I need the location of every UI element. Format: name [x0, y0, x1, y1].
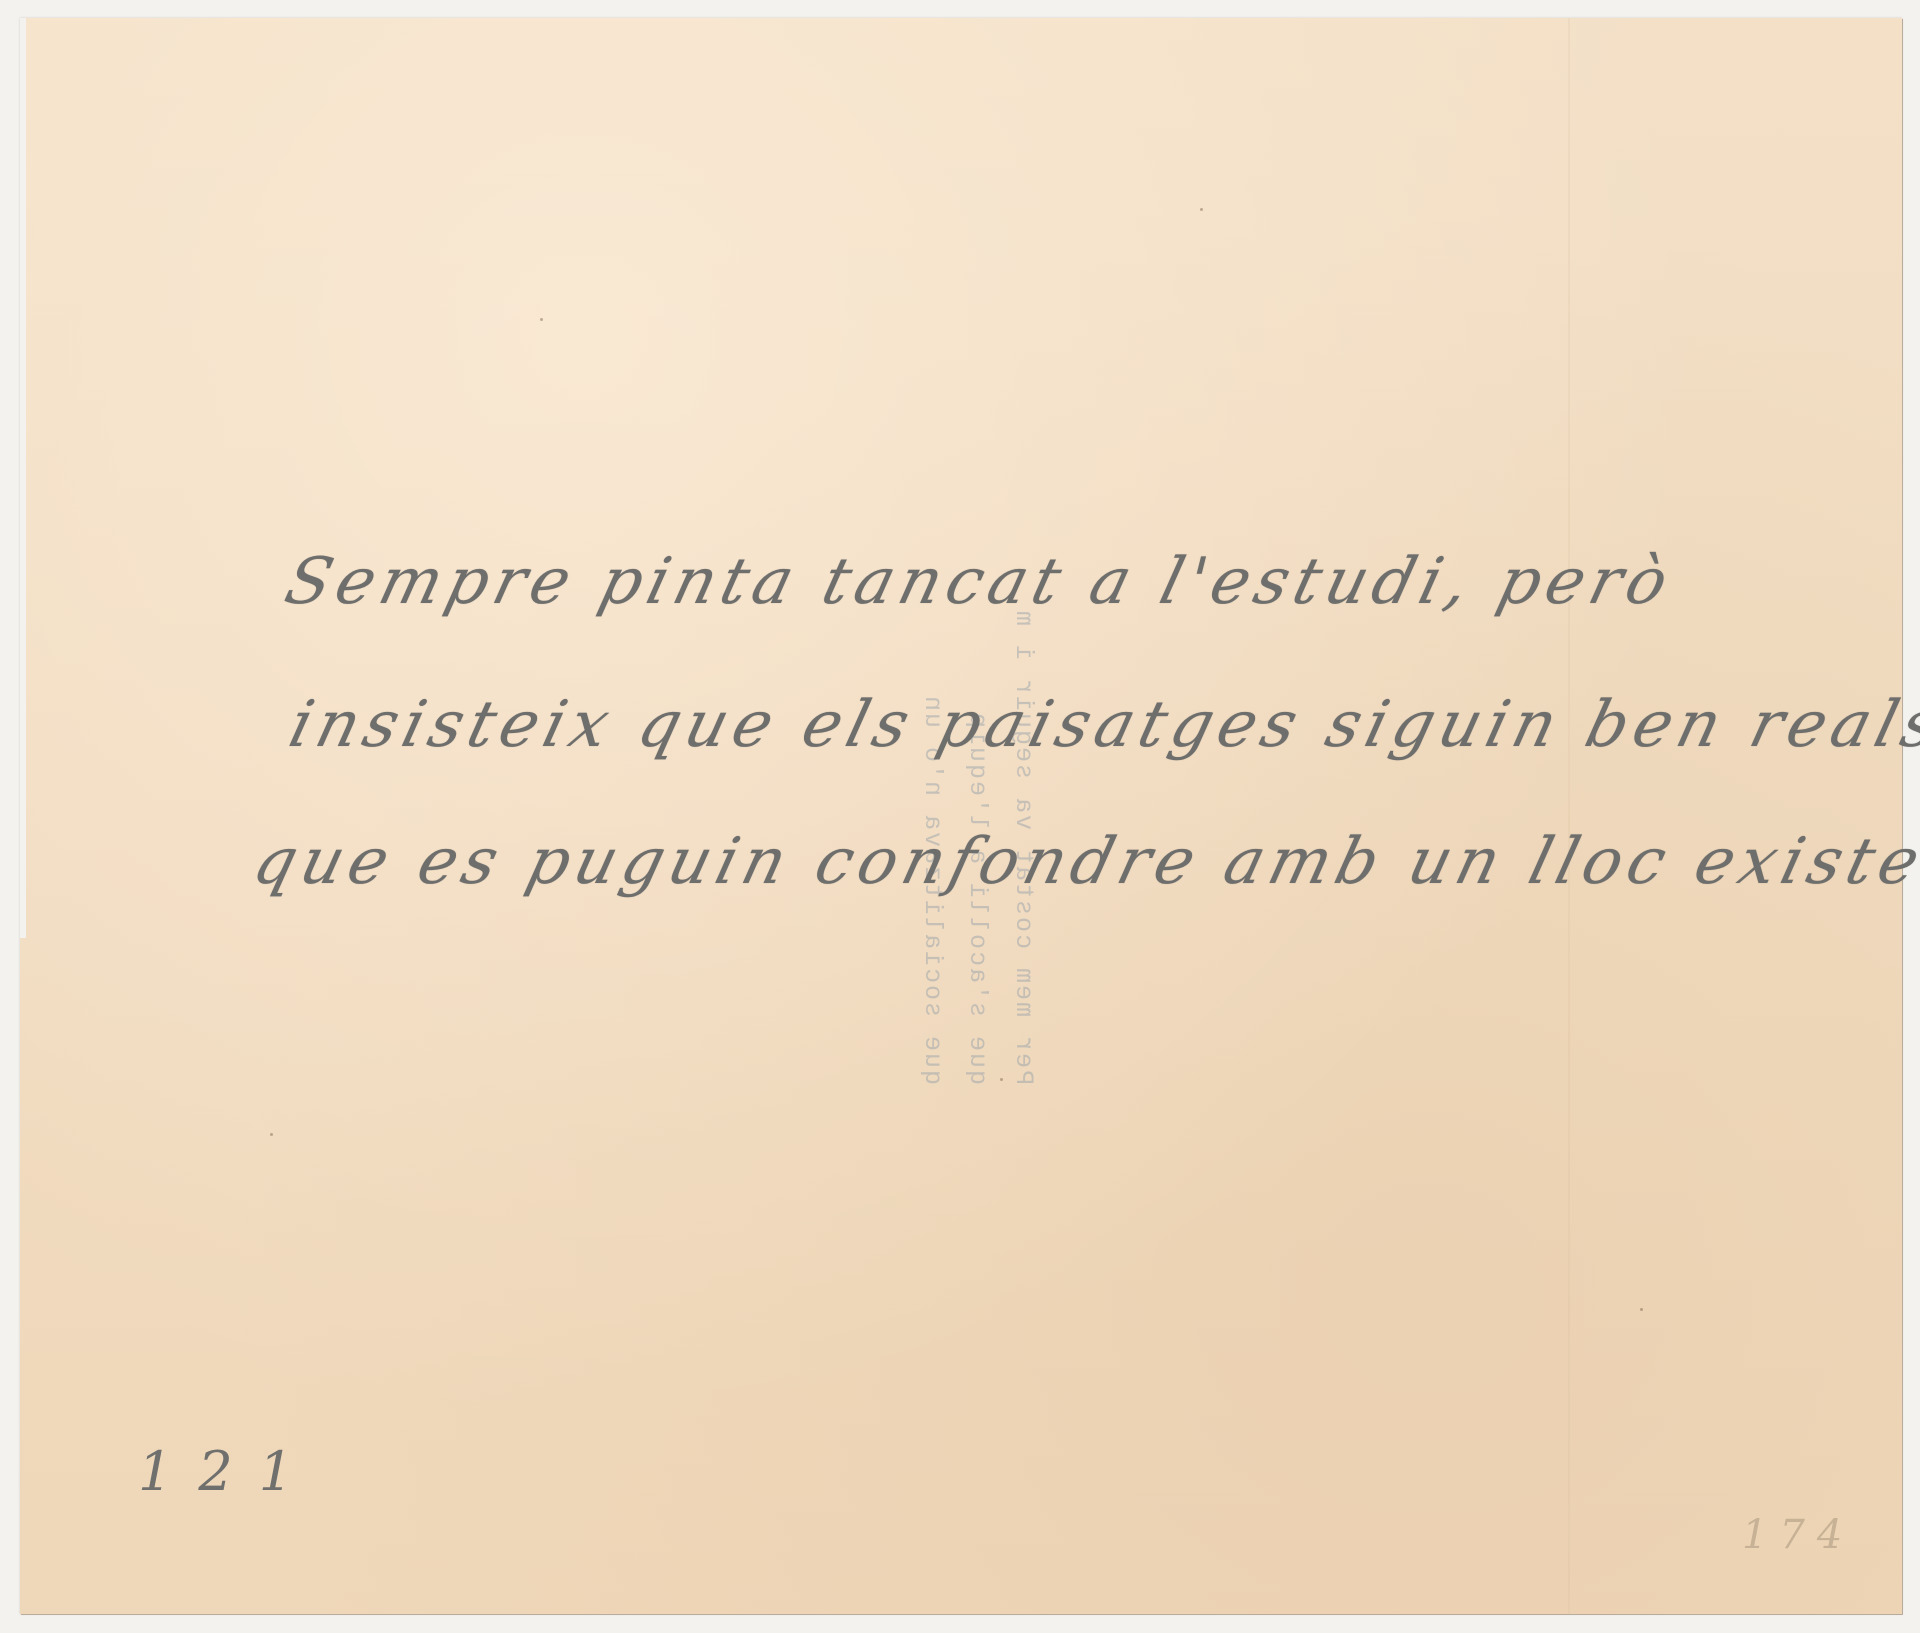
handwritten-line-3: que es puguin confondre amb un lloc exis… — [246, 825, 1920, 899]
paper-speck — [1200, 208, 1203, 211]
handwritten-line-1: Sempre pinta tancat a l'estudi, però — [278, 545, 1681, 619]
paper-edge-notch — [20, 18, 26, 938]
page-number: 121 — [138, 1440, 319, 1503]
paper-speck — [540, 318, 543, 321]
faint-page-number: 174 — [1742, 1512, 1854, 1558]
handwritten-line-2: insisteix que els paisatges siguin ben r… — [282, 688, 1920, 762]
paper-speck — [1640, 1308, 1643, 1311]
paper-speck — [270, 1133, 273, 1136]
